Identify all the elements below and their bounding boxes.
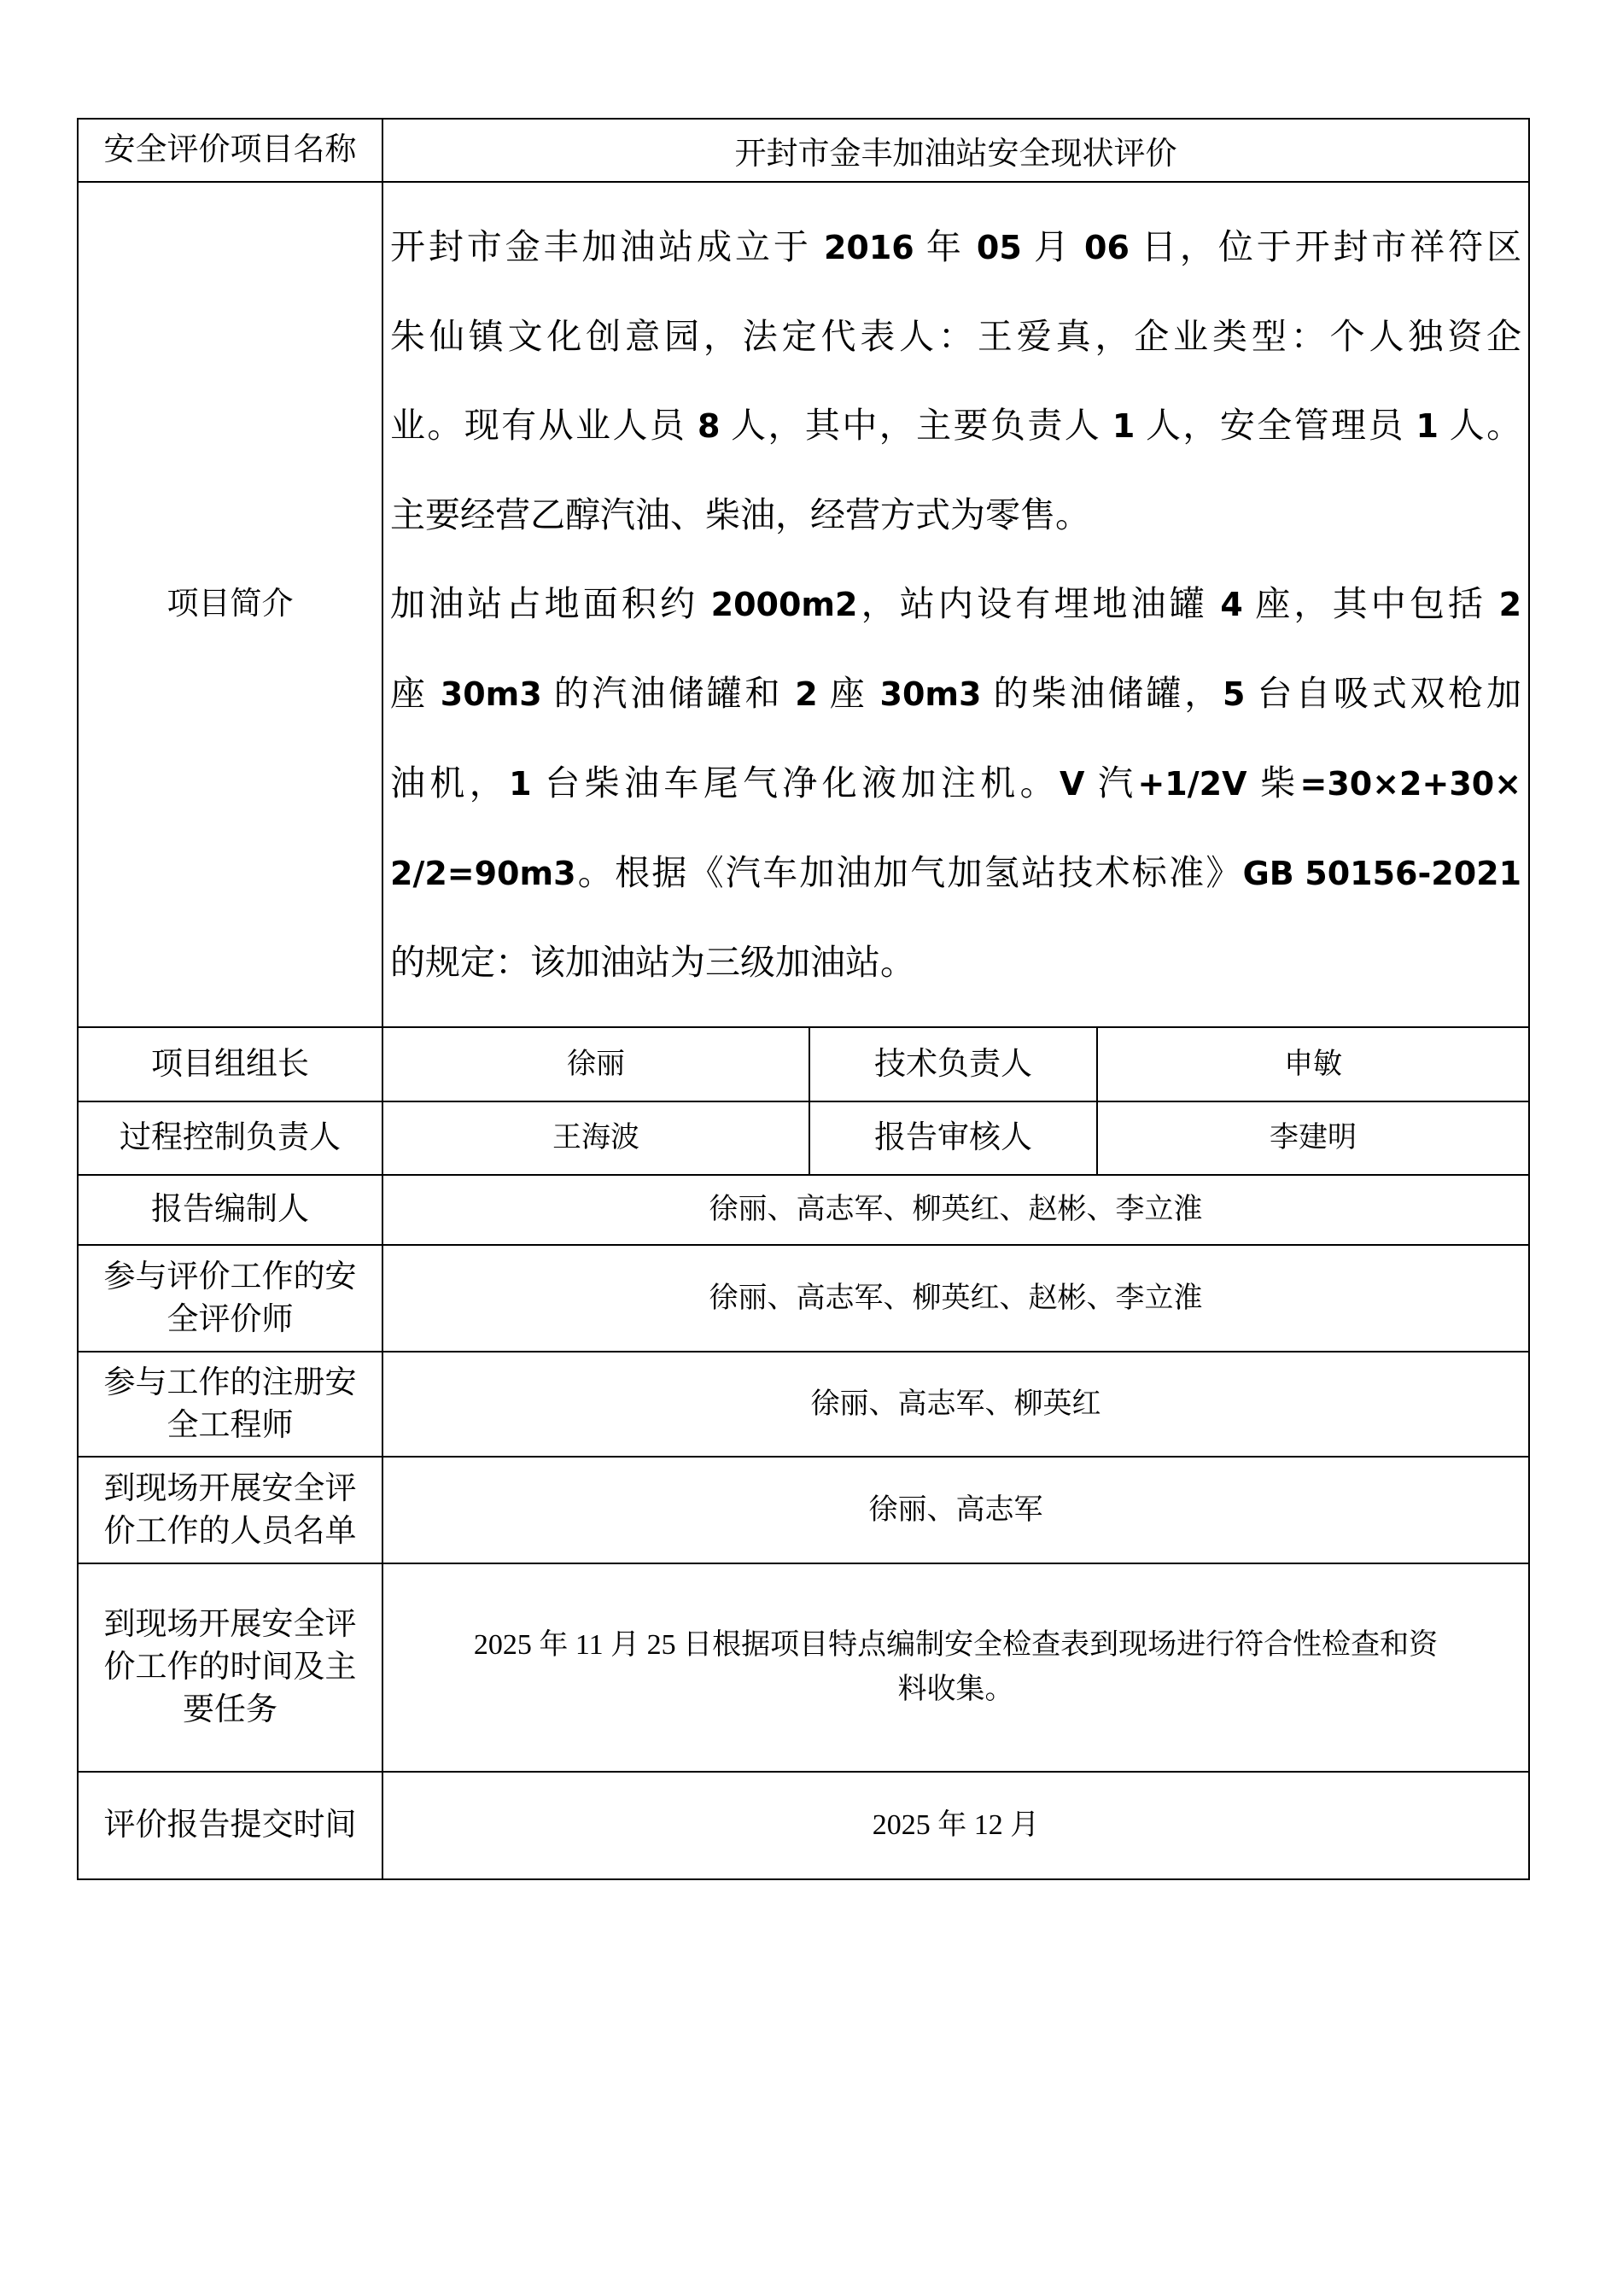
tech-lead-value: 申敏: [1097, 1027, 1529, 1101]
onsite-personnel-label: 到现场开展安全评 价工作的人员名单: [78, 1457, 382, 1563]
table-row: 安全评价项目名称 开封市金丰加油站安全现状评价: [78, 119, 1529, 182]
intro-paragraph-1: 开封市金丰加油站成立于 2016 年 05 月 06 日，位于开封市祥符区 朱仙…: [390, 202, 1521, 559]
intro-paragraph-2: 加油站占地面积约 2000m2，站内设有埋地油罐 4 座，其中包括 2 座 30…: [390, 559, 1521, 1007]
project-name-label: 安全评价项目名称: [78, 119, 382, 182]
table-row: 参与工作的注册安 全工程师 徐丽、高志军、柳英红: [78, 1352, 1529, 1457]
team-leader-label: 项目组组长: [78, 1027, 382, 1101]
table-row: 项目简介 开封市金丰加油站成立于 2016 年 05 月 06 日，位于开封市祥…: [78, 182, 1529, 1027]
table-row: 项目组组长 徐丽 技术负责人 申敏: [78, 1027, 1529, 1101]
onsite-time-tasks-label: 到现场开展安全评 价工作的时间及主 要任务: [78, 1563, 382, 1772]
safety-evaluators-label: 参与评价工作的安 全评价师: [78, 1245, 382, 1352]
tech-lead-label: 技术负责人: [809, 1027, 1097, 1101]
table-row: 到现场开展安全评 价工作的人员名单 徐丽、高志军: [78, 1457, 1529, 1563]
process-control-value: 王海波: [382, 1101, 809, 1175]
table-row: 评价报告提交时间 2025 年 12 月: [78, 1772, 1529, 1879]
table-row: 到现场开展安全评 价工作的时间及主 要任务 2025 年 11 月 25 日根据…: [78, 1563, 1529, 1772]
report-reviewer-value: 李建明: [1097, 1101, 1529, 1175]
page: { "colors": { "background": "#ffffff", "…: [0, 0, 1623, 2296]
onsite-time-tasks-value: 2025 年 11 月 25 日根据项目特点编制安全检查表到现场进行符合性检查和…: [382, 1563, 1529, 1772]
registered-engineers-label: 参与工作的注册安 全工程师: [78, 1352, 382, 1457]
safety-evaluators-value: 徐丽、高志军、柳英红、赵彬、李立淮: [382, 1245, 1529, 1352]
table-row: 过程控制负责人 王海波 报告审核人 李建明: [78, 1101, 1529, 1175]
process-control-label: 过程控制负责人: [78, 1101, 382, 1175]
safety-evaluation-table: 安全评价项目名称 开封市金丰加油站安全现状评价 项目简介 开封市金丰加油站成立于…: [77, 118, 1530, 1880]
table-row: 参与评价工作的安 全评价师 徐丽、高志军、柳英红、赵彬、李立淮: [78, 1245, 1529, 1352]
report-compilers-value: 徐丽、高志军、柳英红、赵彬、李立淮: [382, 1175, 1529, 1245]
team-leader-value: 徐丽: [382, 1027, 809, 1101]
report-compilers-label: 报告编制人: [78, 1175, 382, 1245]
registered-engineers-value: 徐丽、高志军、柳英红: [382, 1352, 1529, 1457]
report-submission-value: 2025 年 12 月: [382, 1772, 1529, 1879]
report-reviewer-label: 报告审核人: [809, 1101, 1097, 1175]
project-name-value: 开封市金丰加油站安全现状评价: [382, 119, 1529, 182]
table-row: 报告编制人 徐丽、高志军、柳英红、赵彬、李立淮: [78, 1175, 1529, 1245]
intro-text: 开封市金丰加油站成立于 2016 年 05 月 06 日，位于开封市祥符区 朱仙…: [382, 182, 1529, 1027]
report-submission-label: 评价报告提交时间: [78, 1772, 382, 1879]
onsite-personnel-value: 徐丽、高志军: [382, 1457, 1529, 1563]
intro-label: 项目简介: [78, 182, 382, 1027]
